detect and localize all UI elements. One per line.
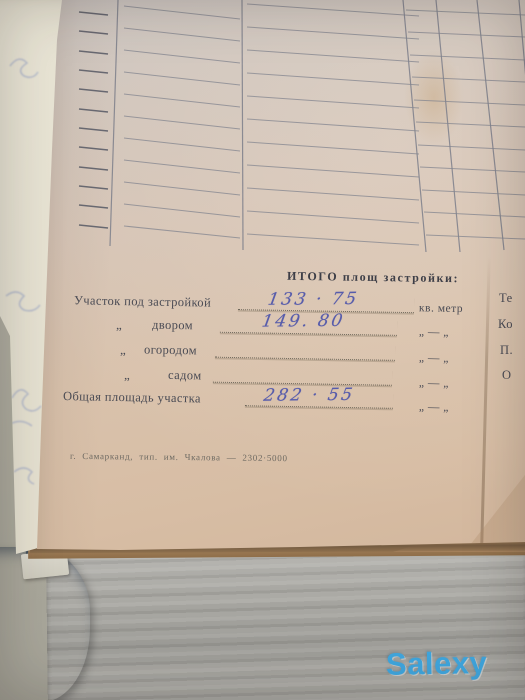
row-label: двором	[152, 318, 193, 334]
dotted-leader	[213, 367, 392, 386]
dotted-leader	[215, 342, 395, 361]
row-unit: „ — „	[419, 326, 449, 339]
side-column-fragment: Те	[499, 291, 513, 306]
row-unit: „ — „	[419, 401, 449, 414]
row-unit: „ — „	[419, 352, 449, 365]
ditto-mark: „	[120, 342, 126, 358]
side-column-fragment: Ко	[498, 317, 513, 332]
handwritten-value: 133 · 75	[266, 289, 360, 310]
summary-header: ИТОГО площ застройки:	[287, 269, 459, 286]
row-label: Общая площадь участка	[63, 389, 201, 406]
torn-corner	[462, 472, 525, 544]
ditto-mark: „	[116, 317, 122, 333]
row-unit: „ — „	[419, 377, 449, 390]
row-label: огородом	[144, 342, 197, 358]
row-label: Участок под застройкой	[74, 293, 211, 310]
print-shop-imprint: г. Самарканд, тип. им. Чкалова — 2302·50…	[70, 451, 288, 463]
handwritten-value: 149. 80	[260, 311, 346, 332]
side-column-fragment: П.	[500, 343, 513, 358]
side-column-fragment: О	[502, 368, 512, 383]
row-label: садом	[168, 368, 202, 384]
row-unit: кв. метр	[419, 302, 463, 315]
ledger-table	[0, 0, 525, 262]
salexy-watermark: Salexy	[386, 645, 488, 683]
handwritten-value: 282 · 55	[262, 385, 356, 406]
ditto-mark: „	[124, 367, 130, 383]
photo-of-archive-document: ИТОГО площ застройки: Участок под застро…	[0, 0, 525, 700]
